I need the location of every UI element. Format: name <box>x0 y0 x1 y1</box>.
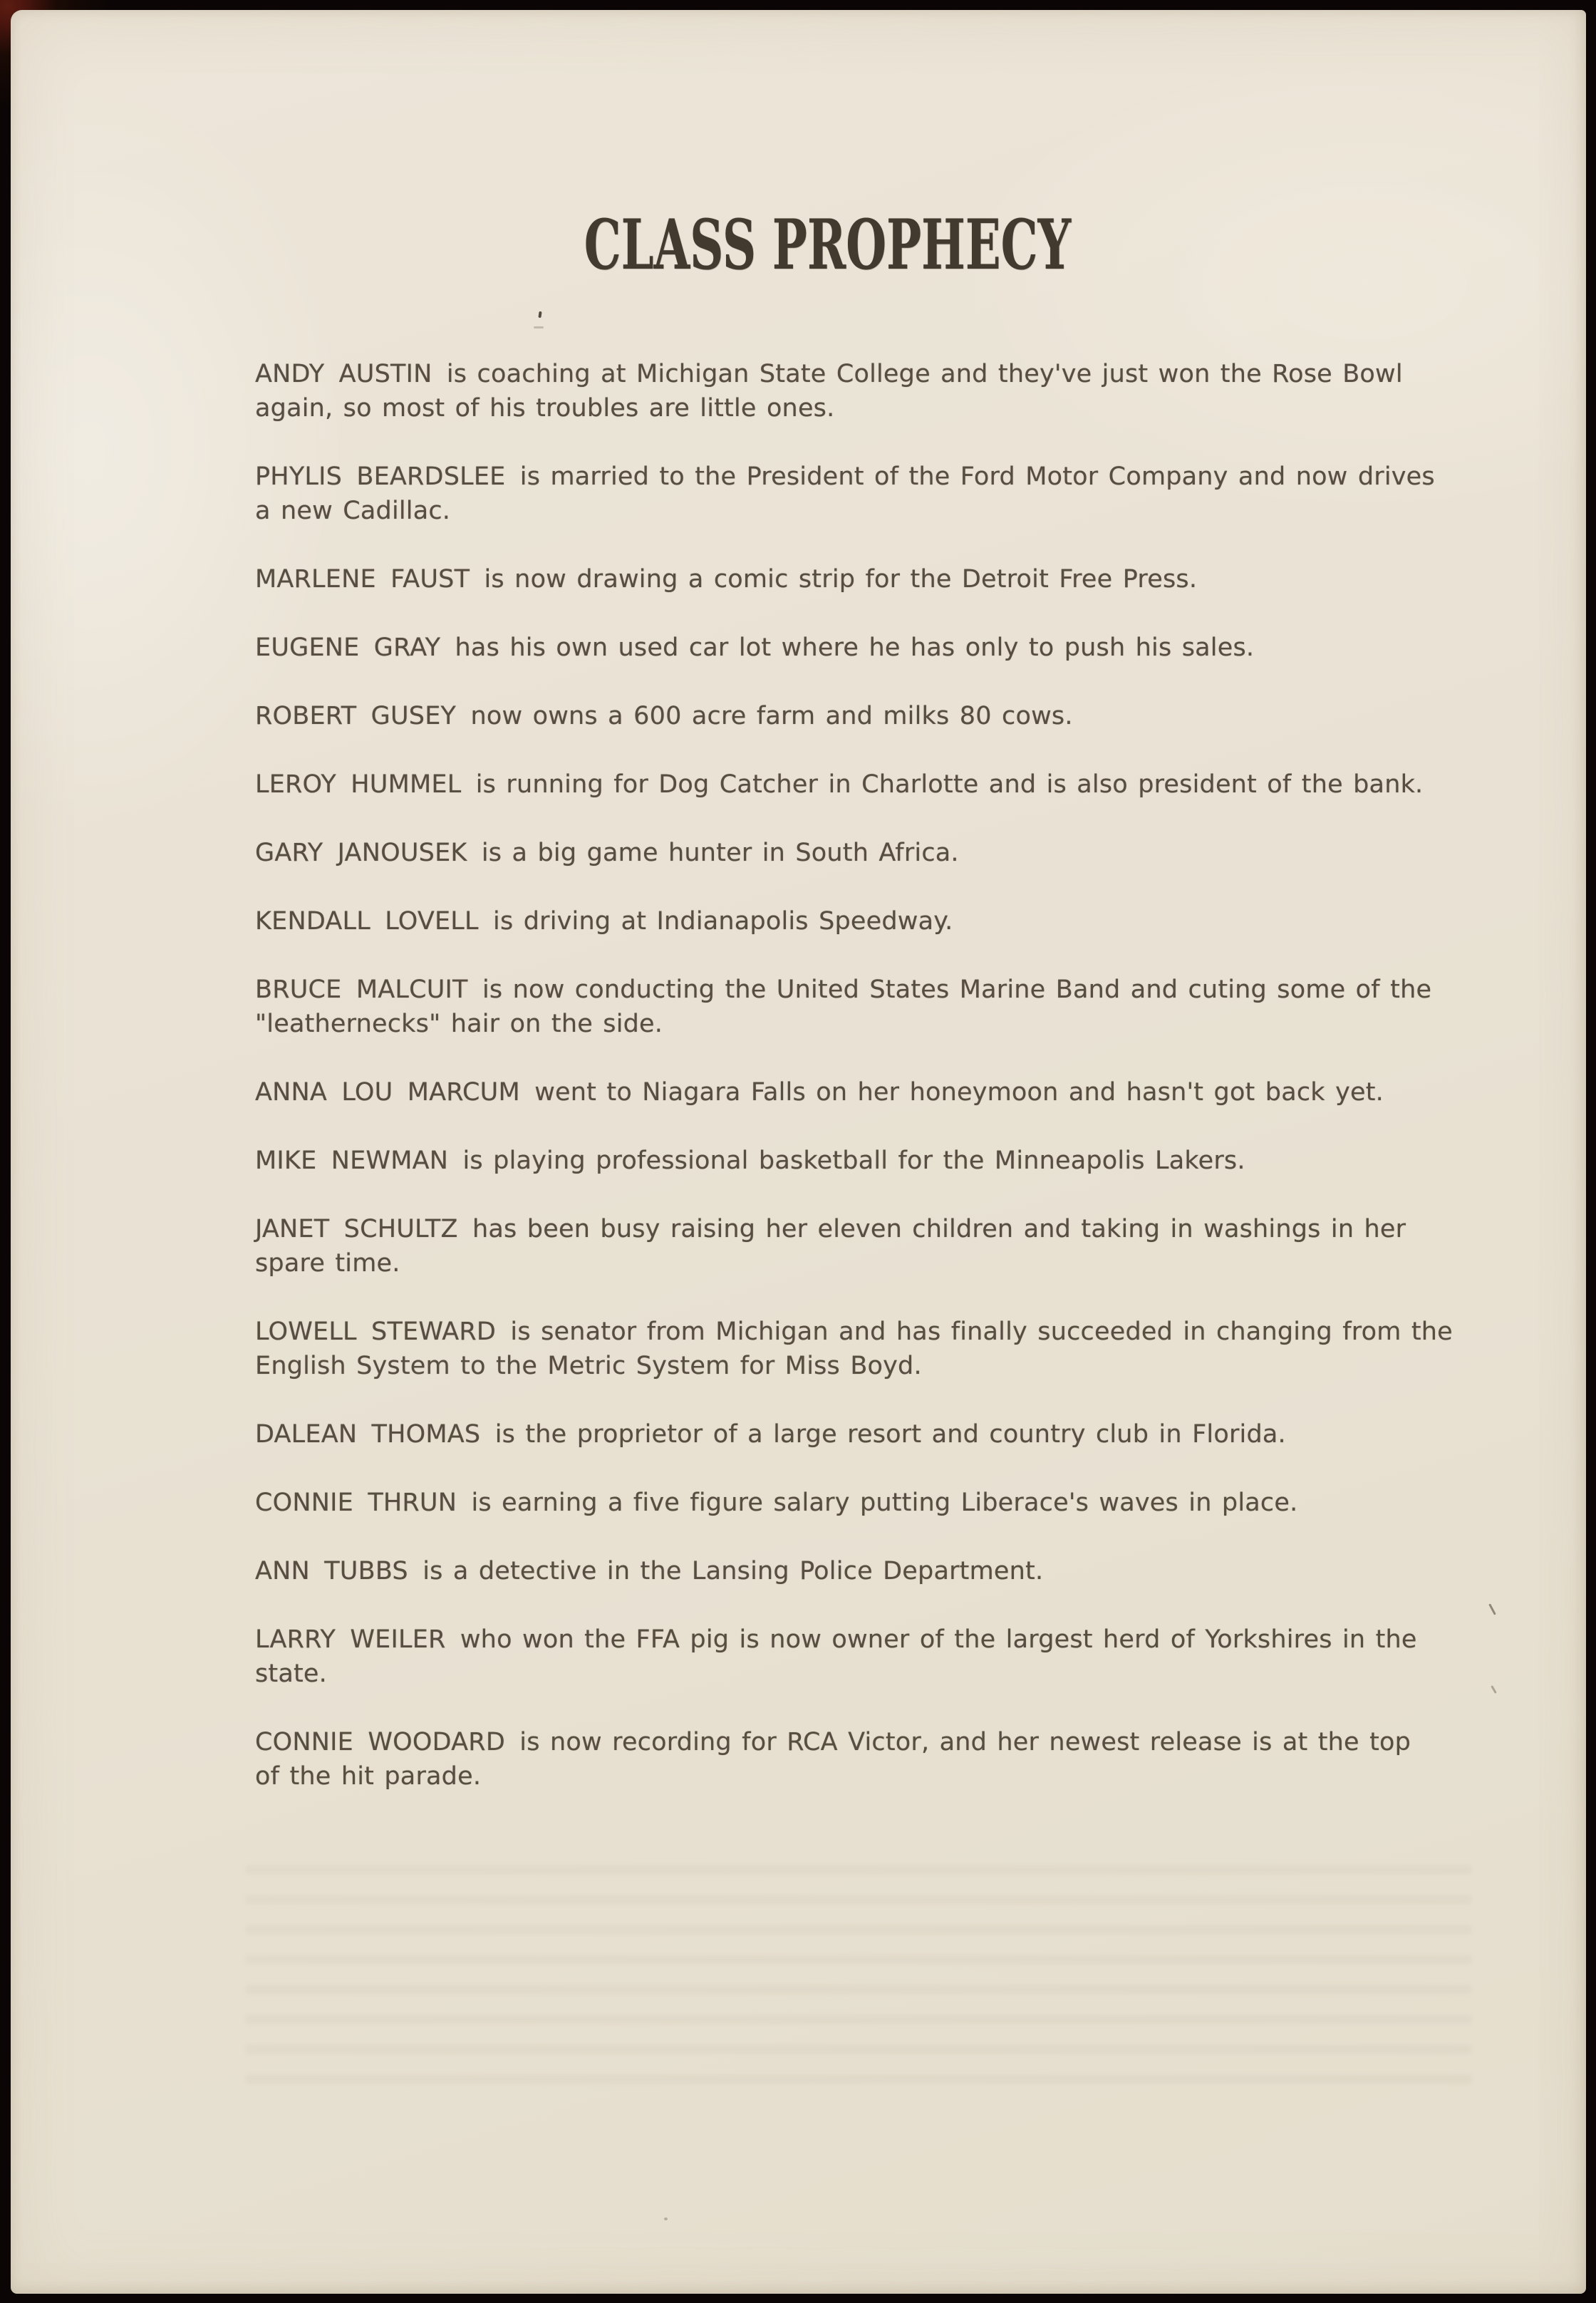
prophecy-entry: LEROY HUMMELis running for Dog Catcher i… <box>255 767 1481 802</box>
prophecy-text: now owns a 600 acre farm and milks 80 co… <box>470 702 1072 730</box>
student-name: LEROY HUMMEL <box>255 770 476 799</box>
prophecy-entry: CONNIE WOODARDis now recording for RCA V… <box>255 1725 1481 1794</box>
prophecy-entry: DALEAN THOMASis the proprietor of a larg… <box>255 1417 1481 1451</box>
student-name: ANN TUBBS <box>255 1557 423 1585</box>
prophecy-text: is a big game hunter in South Africa. <box>482 839 959 867</box>
prophecy-entry: LOWELL STEWARDis senator from Michigan a… <box>255 1315 1481 1383</box>
student-name: LARRY WEILER <box>255 1625 460 1654</box>
page-title-text: CLASS PROPHECY <box>584 211 1071 279</box>
prophecy-text: is a detective in the Lansing Police Dep… <box>423 1557 1043 1585</box>
prophecy-text: is earning a five figure salary putting … <box>471 1489 1297 1517</box>
prophecy-entry: KENDALL LOVELLis driving at Indianapolis… <box>255 904 1481 938</box>
student-name: MIKE NEWMAN <box>255 1147 462 1175</box>
student-name: CONNIE THRUN <box>255 1489 471 1517</box>
ink-dot <box>664 2217 668 2220</box>
page-title: CLASS PROPHECY <box>11 211 1586 279</box>
prophecy-entry: EUGENE GRAYhas his own used car lot wher… <box>255 631 1481 665</box>
student-name: ANDY AUSTIN <box>255 360 447 388</box>
prophecy-text: is now drawing a comic strip for the Det… <box>484 565 1198 594</box>
student-name: ANNA LOU MARCUM <box>255 1078 534 1107</box>
prophecy-entry: CONNIE THRUNis earning a five figure sal… <box>255 1486 1481 1520</box>
prophecy-text: is playing professional basketball for t… <box>462 1147 1245 1175</box>
ink-smudge <box>534 326 544 328</box>
student-name: DALEAN THOMAS <box>255 1420 495 1449</box>
prophecy-list: ANDY AUSTINis coaching at Michigan State… <box>255 357 1481 1828</box>
prophecy-entry: JANET SCHULTZhas been busy raising her e… <box>255 1212 1481 1280</box>
prophecy-entry: GARY JANOUSEKis a big game hunter in Sou… <box>255 836 1481 870</box>
ink-speck <box>538 311 541 318</box>
prophecy-entry: ANNA LOU MARCUMwent to Niagara Falls on … <box>255 1075 1481 1109</box>
student-name: KENDALL LOVELL <box>255 907 493 936</box>
student-name: BRUCE MALCUIT <box>255 975 482 1004</box>
prophecy-text: is the proprietor of a large resort and … <box>495 1420 1286 1449</box>
prophecy-entry: MIKE NEWMANis playing professional baske… <box>255 1144 1481 1178</box>
ink-tick <box>1491 1685 1497 1694</box>
prophecy-entry: ROBERT GUSEYnow owns a 600 acre farm and… <box>255 699 1481 733</box>
student-name: ROBERT GUSEY <box>255 702 470 730</box>
student-name: JANET SCHULTZ <box>255 1215 472 1243</box>
student-name: PHYLIS BEARDSLEE <box>255 462 520 491</box>
scan-backdrop: CLASS PROPHECY ANDY AUSTINis coaching at… <box>0 0 1596 2303</box>
prophecy-text: is driving at Indianapolis Speedway. <box>493 907 953 936</box>
student-name: LOWELL STEWARD <box>255 1318 510 1346</box>
prophecy-text: is running for Dog Catcher in Charlotte … <box>476 770 1424 799</box>
prophecy-entry: MARLENE FAUSTis now drawing a comic stri… <box>255 562 1481 596</box>
prophecy-entry: PHYLIS BEARDSLEEis married to the Presid… <box>255 460 1481 528</box>
student-name: EUGENE GRAY <box>255 633 455 662</box>
prophecy-entry: BRUCE MALCUITis now conducting the Unite… <box>255 973 1481 1041</box>
prophecy-entry: LARRY WEILERwho won the FFA pig is now o… <box>255 1623 1481 1691</box>
student-name: CONNIE WOODARD <box>255 1728 519 1756</box>
student-name: MARLENE FAUST <box>255 565 484 594</box>
ink-tick <box>1488 1603 1496 1615</box>
prophecy-text: has his own used car lot where he has on… <box>455 633 1255 662</box>
student-name: GARY JANOUSEK <box>255 839 482 867</box>
prophecy-entry: ANN TUBBSis a detective in the Lansing P… <box>255 1554 1481 1588</box>
yearbook-page: CLASS PROPHECY ANDY AUSTINis coaching at… <box>11 10 1586 2294</box>
prophecy-entry: ANDY AUSTINis coaching at Michigan State… <box>255 357 1481 425</box>
prophecy-text: went to Niagara Falls on her honeymoon a… <box>534 1078 1384 1107</box>
